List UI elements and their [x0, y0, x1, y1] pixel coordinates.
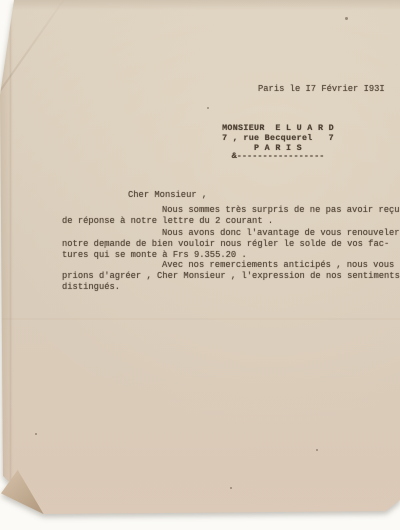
paragraph-2: Nous avons donc l'avantage de vous renou… — [62, 228, 398, 261]
salutation: Cher Monsieur , — [128, 190, 207, 200]
paper-speck — [35, 433, 37, 435]
recipient-underline: &----------------- — [206, 152, 350, 162]
paper-speck — [230, 487, 232, 489]
paragraph-3-line-3: distingués. — [62, 282, 398, 293]
paragraph-1-line-2: de réponse à notre lettre du 2 courant . — [62, 216, 398, 227]
paper-crease-vertical — [9, 0, 12, 520]
paragraph-2-line-2: notre demande de bien vouloir nous régle… — [62, 239, 398, 250]
paragraph-3-line-1: Avec nos remerciements anticipés , nous … — [162, 260, 398, 271]
paper-speck — [345, 17, 348, 20]
recipient-address-block: MONSIEUR E L U A R D 7 , rue Becquerel 7… — [206, 124, 350, 162]
paragraph-3-line-2: prions d'agréer , Cher Monsieur , l'expr… — [62, 271, 398, 282]
letter-paper: Paris le I7 Février I93I MONSIEUR E L U … — [0, 0, 400, 530]
paragraph-3: Avec nos remerciements anticipés , nous … — [62, 260, 398, 293]
paper-crease-horizontal — [0, 318, 400, 320]
paper-speck — [316, 449, 318, 451]
letter-dateline: Paris le I7 Février I93I — [258, 84, 385, 94]
paragraph-2-line-1: Nous avons donc l'avantage de vous renou… — [162, 228, 398, 239]
scanned-letter-page: Paris le I7 Février I93I MONSIEUR E L U … — [0, 0, 400, 530]
paper-wrap: Paris le I7 Février I93I MONSIEUR E L U … — [0, 0, 400, 530]
paper-speck — [207, 107, 209, 109]
paragraph-1-line-1: Nous sommes très surpris de ne pas avoir… — [162, 205, 398, 216]
paragraph-1: Nous sommes très surpris de ne pas avoir… — [62, 205, 398, 227]
paper-crease-diagonal — [0, 0, 73, 95]
